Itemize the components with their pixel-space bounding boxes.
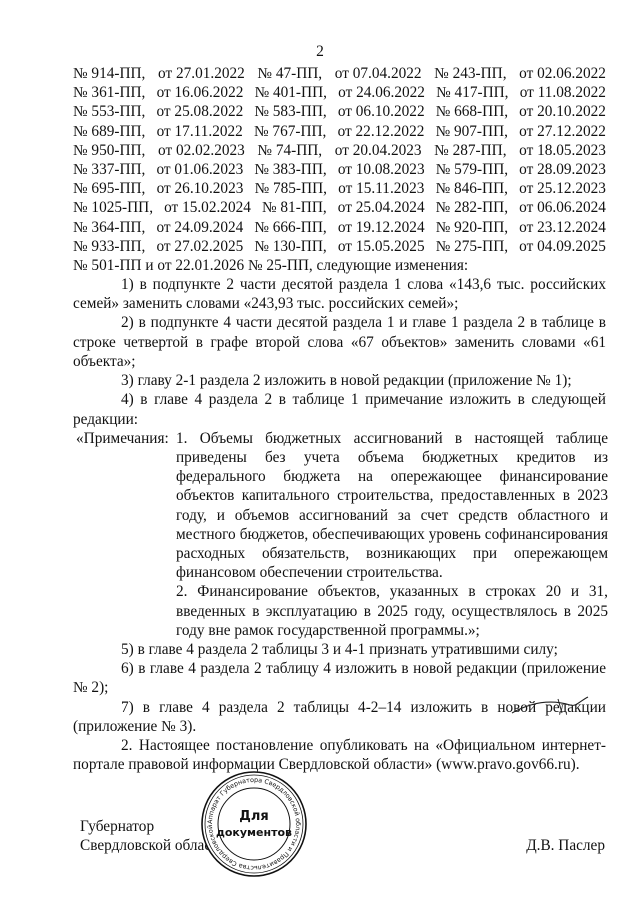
document-body: № 914-ПП,от 27.01.2022№ 47-ПП,от 07.04.2… <box>73 64 606 774</box>
stamp-center-line-1: Для <box>239 809 268 824</box>
decree-cell: от 02.06.2022 <box>519 64 606 83</box>
decree-cell: № 275-ПП, <box>436 237 508 256</box>
decree-cell: № 920-ПП, <box>436 218 508 237</box>
decree-cell: от 26.10.2023 <box>157 179 244 198</box>
decree-cell: № 846-ПП, <box>436 179 508 198</box>
decree-cell: № 668-ПП, <box>436 102 508 121</box>
decree-cell: от 23.12.2024 <box>519 218 606 237</box>
decree-cell: от 17.11.2022 <box>157 122 243 141</box>
decree-cell: № 401-ПП, <box>255 83 327 102</box>
decree-cell: № 282-ПП, <box>436 198 508 217</box>
decree-cell: № 361-ПП, <box>73 83 145 102</box>
signatory-name: Д.В. Паслер <box>526 836 605 855</box>
decree-cell: от 28.09.2023 <box>519 160 606 179</box>
decree-cell: № 553-ПП, <box>73 102 145 121</box>
stamp-center-line-2: документов <box>216 826 292 839</box>
decree-row: № 553-ПП,от 25.08.2022№ 583-ПП,от 06.10.… <box>73 102 606 121</box>
decree-cell: от 25.08.2022 <box>156 102 243 121</box>
page-number: 2 <box>0 43 640 61</box>
decree-cell: от 20.10.2022 <box>519 102 606 121</box>
item-1: 1) в подпункте 2 части десятой раздела 1… <box>73 275 606 313</box>
item-6: 6) в главе 4 раздела 2 таблицу 4 изложит… <box>73 659 606 697</box>
decree-row: № 689-ПП,от 17.11.2022№ 767-ПП,от 22.12.… <box>73 122 606 141</box>
decree-cell: от 06.10.2022 <box>338 102 425 121</box>
decree-cell: от 27.12.2022 <box>519 122 606 141</box>
note-2: 2. Финансирование объектов, указанных в … <box>176 582 608 640</box>
decree-cell: от 10.08.2023 <box>338 160 425 179</box>
decree-cell: № 579-ПП, <box>436 160 508 179</box>
decree-row: № 695-ПП,от 26.10.2023№ 785-ПП,от 15.11.… <box>73 179 606 198</box>
decree-cell: от 15.02.2024 <box>164 198 251 217</box>
decree-row: № 361-ПП,от 16.06.2022№ 401-ПП,от 24.06.… <box>73 83 606 102</box>
decree-cell: № 417-ПП, <box>436 83 508 102</box>
decree-cell: от 18.05.2023 <box>519 141 606 160</box>
decree-cell: от 02.02.2023 <box>158 141 245 160</box>
decree-cell: № 74-ПП, <box>257 141 322 160</box>
decree-cell: № 243-ПП, <box>434 64 506 83</box>
decree-cell: от 06.06.2024 <box>519 198 606 217</box>
decree-cell: № 907-ПП, <box>436 122 508 141</box>
decree-cell: № 287-ПП, <box>434 141 506 160</box>
decree-cell: от 15.05.2025 <box>338 237 425 256</box>
decree-row: № 1025-ПП,от 15.02.2024№ 81-ПП,от 25.04.… <box>73 198 606 217</box>
decree-cell: № 689-ПП, <box>73 122 145 141</box>
decree-cell: от 07.04.2022 <box>335 64 422 83</box>
notes-body: 1. Объемы бюджетных ассигнований в насто… <box>176 429 608 640</box>
decree-row: № 364-ПП,от 24.09.2024№ 666-ПП,от 19.12.… <box>73 218 606 237</box>
publish-clause: 2. Настоящее постановление опубликовать … <box>73 736 606 774</box>
decree-cell: № 1025-ПП, <box>73 198 153 217</box>
decree-cell: № 383-ПП, <box>254 160 326 179</box>
decree-cell: от 04.09.2025 <box>519 237 606 256</box>
decree-cell: № 130-ПП, <box>254 237 326 256</box>
decree-cell: № 933-ПП, <box>73 237 145 256</box>
decree-list: № 914-ПП,от 27.01.2022№ 47-ПП,от 07.04.2… <box>73 64 606 256</box>
decree-cell: № 914-ПП, <box>73 64 145 83</box>
decree-cell: № 695-ПП, <box>73 179 145 198</box>
notes-label: «Примечания: <box>73 429 176 640</box>
item-3: 3) главу 2-1 раздела 2 изложить в новой … <box>73 371 606 390</box>
decree-cell: № 81-ПП, <box>262 198 327 217</box>
item-2: 2) в подпункте 4 части десятой раздела 1… <box>73 313 606 371</box>
decree-cell: от 24.06.2022 <box>338 83 425 102</box>
signature-stroke-icon <box>510 695 590 717</box>
decree-cell: № 583-ПП, <box>254 102 326 121</box>
decree-cell: от 27.02.2025 <box>156 237 243 256</box>
notes-block: «Примечания: 1. Объемы бюджетных ассигно… <box>73 429 606 640</box>
decree-cell: от 16.06.2022 <box>157 83 244 102</box>
decree-row: № 914-ПП,от 27.01.2022№ 47-ПП,от 07.04.2… <box>73 64 606 83</box>
decree-cell: от 01.06.2023 <box>156 160 243 179</box>
decree-cell: от 11.08.2022 <box>520 83 606 102</box>
decree-cell: № 47-ПП, <box>257 64 322 83</box>
decree-row: № 337-ПП,от 01.06.2023№ 383-ПП,от 10.08.… <box>73 160 606 179</box>
decree-cell: № 785-ПП, <box>255 179 327 198</box>
item-4: 4) в главе 4 раздела 2 в таблице 1 приме… <box>73 390 606 428</box>
decree-cell: от 24.09.2024 <box>156 218 243 237</box>
decree-cell: от 15.11.2023 <box>338 179 424 198</box>
decree-cell: от 27.01.2022 <box>158 64 245 83</box>
decree-row: № 950-ПП,от 02.02.2023№ 74-ПП,от 20.04.2… <box>73 141 606 160</box>
note-1: 1. Объемы бюджетных ассигнований в насто… <box>176 429 608 583</box>
decree-cell: от 25.12.2023 <box>519 179 606 198</box>
decree-cell: № 767-ПП, <box>254 122 326 141</box>
decree-tail: № 501-ПП и от 22.01.2026 № 25-ПП, следую… <box>73 256 606 275</box>
decree-cell: № 666-ПП, <box>254 218 326 237</box>
decree-cell: от 19.12.2024 <box>338 218 425 237</box>
decree-cell: № 337-ПП, <box>73 160 145 179</box>
official-stamp-icon: Аппарат Губернатора Свердловской области… <box>200 770 308 878</box>
decree-cell: от 25.04.2024 <box>338 198 425 217</box>
decree-cell: № 950-ПП, <box>73 141 145 160</box>
decree-cell: № 364-ПП, <box>73 218 145 237</box>
decree-cell: от 22.12.2022 <box>338 122 425 141</box>
decree-row: № 933-ПП,от 27.02.2025№ 130-ПП,от 15.05.… <box>73 237 606 256</box>
item-5: 5) в главе 4 раздела 2 таблицы 3 и 4-1 п… <box>73 640 606 659</box>
decree-cell: от 20.04.2023 <box>335 141 422 160</box>
